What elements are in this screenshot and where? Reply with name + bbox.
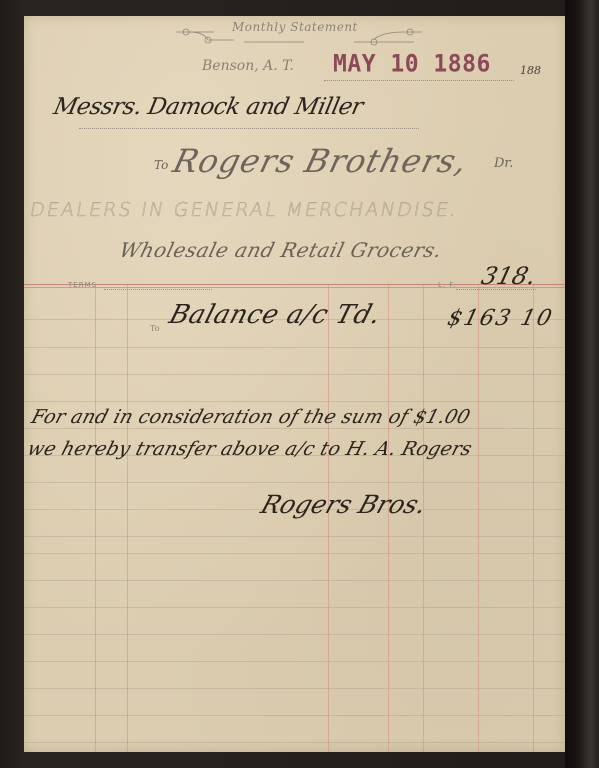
- firm-name: Rogers Brothers,: [169, 142, 472, 180]
- statement-title: Monthly Statement: [232, 20, 358, 34]
- entry-to-label: To: [150, 324, 160, 333]
- business-line: DEALERS IN GENERAL MERCHANDISE.: [28, 199, 562, 221]
- ledger-folio-label: L. F.: [438, 281, 456, 289]
- terms-label: TERMS: [68, 281, 97, 289]
- signature: Rogers Bros.: [257, 490, 430, 519]
- frame-edge-right: [565, 0, 599, 768]
- ledger-folio-value: 318.: [479, 262, 539, 290]
- tagline: Wholesale and Retail Grocers.: [117, 238, 445, 262]
- entry-description: Balance a/c Td.: [166, 300, 385, 330]
- date-underline: [324, 80, 514, 81]
- entry-amount: $163 10: [445, 306, 556, 331]
- firm-suffix: Dr.: [494, 156, 513, 171]
- transfer-note-line-1: For and in consideration of the sum of $…: [29, 406, 473, 428]
- date-stamp: MAY 10 1886: [333, 50, 491, 77]
- terms-field: [104, 289, 212, 290]
- transfer-note-line-2: we hereby transfer above a/c to H. A. Ro…: [25, 438, 475, 460]
- addressee: Messrs. Damock and Miller: [51, 94, 365, 120]
- place-label: Benson, A. T.: [202, 58, 294, 74]
- statement-paper: Monthly Statement Benson, A. T. MAY 10 1…: [24, 16, 565, 752]
- printed-year-prefix: 188: [520, 64, 541, 77]
- addressee-underline: [79, 128, 419, 129]
- firm-prefix: To: [154, 158, 168, 172]
